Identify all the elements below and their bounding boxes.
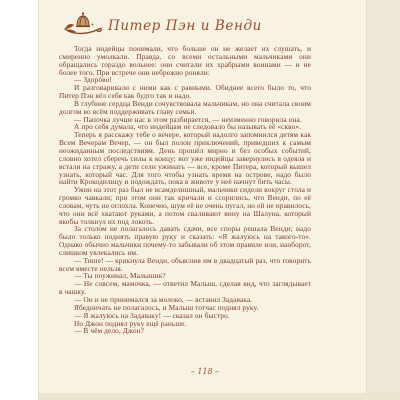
paragraph: Тогда индейцы понимали, что больше он не… bbox=[59, 45, 311, 76]
book-page: Питер Пэн и Венди Тогда индейцы понимали… bbox=[38, 0, 400, 400]
page-edge-right bbox=[366, 0, 400, 400]
dome-flourish-ornament-icon bbox=[63, 12, 103, 39]
paragraph: Ужин на этот раз был не всамделишный, ма… bbox=[59, 186, 311, 225]
paragraph: — В чём дело, Джон? bbox=[59, 327, 311, 335]
page-number: – 118 – bbox=[79, 367, 331, 376]
paragraph: — Тише! — крикнула Венди, объяснив им в … bbox=[59, 257, 311, 273]
paragraph: За столом не полагалось давать сдачи, вс… bbox=[59, 225, 311, 256]
running-header-title: Питер Пэн и Венди bbox=[108, 18, 262, 34]
paragraph: И разговаривали с ними как с равными. Об… bbox=[59, 84, 311, 100]
running-header: Питер Пэн и Венди bbox=[63, 12, 262, 39]
page-text: Тогда индейцы понимали, что больше он не… bbox=[59, 45, 311, 335]
paragraph: Теперь я расскажу тебе о вечере, который… bbox=[59, 131, 311, 186]
page-number-value: – 118 – bbox=[191, 367, 219, 376]
page-edge-bottom bbox=[39, 393, 400, 400]
book-page-photo: Питер Пэн и Венди Тогда индейцы понимали… bbox=[0, 0, 400, 400]
paragraph: В глубине сердца Венди сочувствовала мал… bbox=[59, 100, 311, 116]
paragraph: — Не совсем, мамочка, — ответил Малыш, с… bbox=[59, 280, 311, 296]
